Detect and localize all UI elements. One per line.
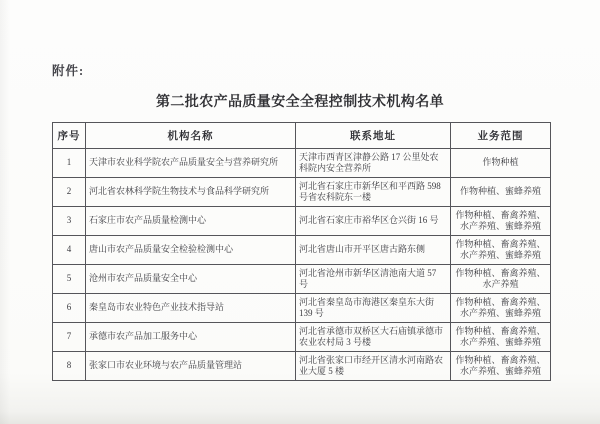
cell-serial-number: 4 [53,236,86,265]
cell-contact-address: 河北省石家庄市新华区和平西路 598 号省农科院东一楼 [296,178,451,207]
table-row: 6 秦皇岛市农业特色产业技术指导站 河北省秦皇岛市海港区秦皇东大街 139 号 … [53,294,551,323]
cell-institution-name: 河北省农林科学院生物技术与食品科学研究所 [86,178,296,207]
column-header-serial-number: 序号 [53,123,86,149]
institutions-table: 序号 机构名称 联系地址 业务范围 1 天津市农业科学院农产品质量安全与营养研究… [52,122,551,381]
cell-contact-address: 河北省石家庄市裕华区仓兴街 16 号 [296,207,451,236]
table-row: 7 承德市农产品加工服务中心 河北省承德市双桥区大石庙镇承德市农业农村局 3 号… [53,323,551,352]
cell-contact-address: 天津市西青区津静公路 17 公里处农科院内安全营养所 [296,149,451,178]
scanned-document-page: 附件: 第二批农产品质量安全全程控制技术机构名单 序号 机构名称 联系地址 业务… [0,0,600,424]
cell-business-scope: 作物种植、蜜蜂养殖 [451,178,551,207]
cell-business-scope: 作物种植、畜禽养殖、水产养殖、蜜蜂养殖 [451,236,551,265]
column-header-contact-address: 联系地址 [296,123,451,149]
cell-contact-address: 河北省唐山市开平区唐古路东侧 [296,236,451,265]
cell-contact-address: 河北省承德市双桥区大石庙镇承德市农业农村局 3 号楼 [296,323,451,352]
cell-serial-number: 3 [53,207,86,236]
cell-serial-number: 1 [53,149,86,178]
cell-institution-name: 秦皇岛市农业特色产业技术指导站 [86,294,296,323]
page-title: 第二批农产品质量安全全程控制技术机构名单 [0,91,600,111]
cell-business-scope: 作物种植、畜禽养殖、水产养殖、蜜蜂养殖 [451,352,551,381]
table-header-row: 序号 机构名称 联系地址 业务范围 [53,123,551,149]
table-row: 3 石家庄市农产品质量检测中心 河北省石家庄市裕华区仓兴街 16 号 作物种植、… [53,207,551,236]
cell-contact-address: 河北省沧州市新华区清池南大道 57 号 [296,265,451,294]
cell-serial-number: 6 [53,294,86,323]
table-row: 2 河北省农林科学院生物技术与食品科学研究所 河北省石家庄市新华区和平西路 59… [53,178,551,207]
cell-business-scope: 作物种植 [451,149,551,178]
table-body: 1 天津市农业科学院农产品质量安全与营养研究所 天津市西青区津静公路 17 公里… [53,149,551,381]
cell-business-scope: 作物种植、畜禽养殖、水产养殖、蜜蜂养殖 [451,294,551,323]
cell-institution-name: 石家庄市农产品质量检测中心 [86,207,296,236]
cell-serial-number: 2 [53,178,86,207]
cell-institution-name: 天津市农业科学院农产品质量安全与营养研究所 [86,149,296,178]
column-header-institution-name: 机构名称 [86,123,296,149]
table-row: 8 张家口市农业环境与农产品质量管理站 河北省张家口市经开区清水河南路农业大厦 … [53,352,551,381]
attachment-label: 附件: [52,61,84,79]
cell-institution-name: 唐山市农产品质量安全检验检测中心 [86,236,296,265]
cell-contact-address: 河北省秦皇岛市海港区秦皇东大街 139 号 [296,294,451,323]
cell-contact-address: 河北省张家口市经开区清水河南路农业大厦 5 楼 [296,352,451,381]
cell-serial-number: 5 [53,265,86,294]
table-row: 1 天津市农业科学院农产品质量安全与营养研究所 天津市西青区津静公路 17 公里… [53,149,551,178]
cell-serial-number: 7 [53,323,86,352]
table-row: 4 唐山市农产品质量安全检验检测中心 河北省唐山市开平区唐古路东侧 作物种植、畜… [53,236,551,265]
cell-institution-name: 承德市农产品加工服务中心 [86,323,296,352]
cell-business-scope: 作物种植、畜禽养殖、水产养殖、蜜蜂养殖 [451,207,551,236]
cell-serial-number: 8 [53,352,86,381]
cell-business-scope: 作物种植、畜禽养殖、水产养殖 [451,265,551,294]
table-row: 5 沧州市农产品质量安全中心 河北省沧州市新华区清池南大道 57 号 作物种植、… [53,265,551,294]
cell-business-scope: 作物种植、畜禽养殖、水产养殖、蜜蜂养殖 [451,323,551,352]
cell-institution-name: 张家口市农业环境与农产品质量管理站 [86,352,296,381]
cell-institution-name: 沧州市农产品质量安全中心 [86,265,296,294]
column-header-business-scope: 业务范围 [451,123,551,149]
